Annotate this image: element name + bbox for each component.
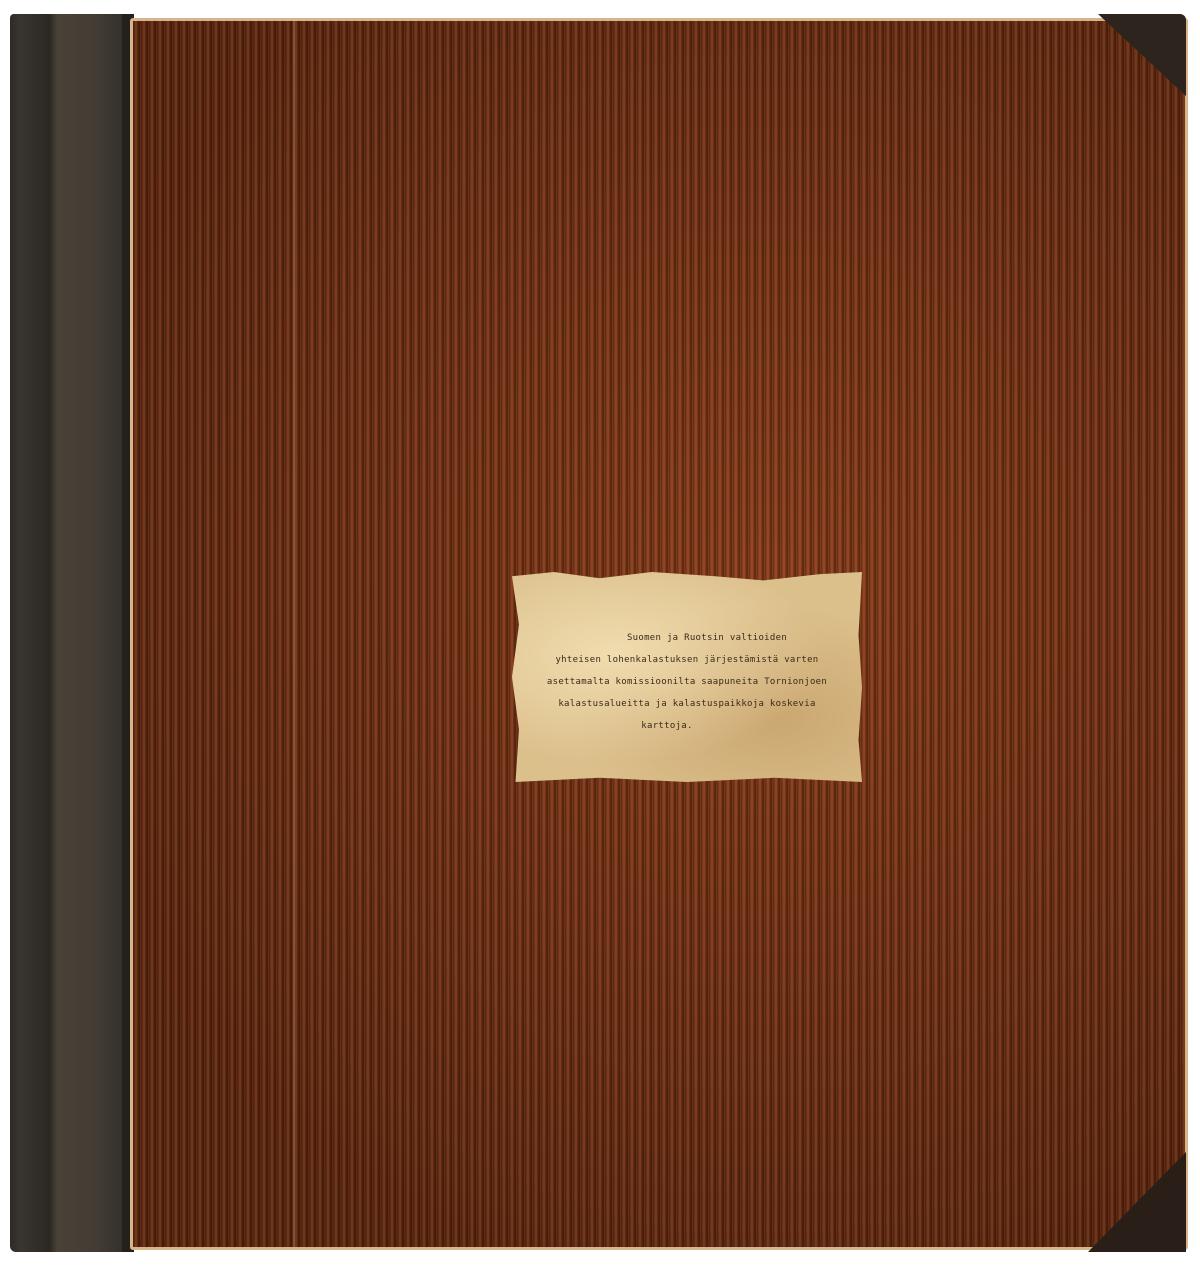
- label-line-1: Suomen ja Ruotsin valtioiden: [512, 627, 862, 649]
- label-line-5: karttoja.: [512, 715, 862, 737]
- label-line-2: yhteisen lohenkalastuksen järjestämistä …: [512, 649, 862, 671]
- cloth-spine: [10, 14, 134, 1252]
- label-line-3: asettamalta komissioonilta saapuneita To…: [512, 671, 862, 693]
- title-label: Suomen ja Ruotsin valtioiden yhteisen lo…: [512, 572, 862, 782]
- label-line-4: kalastusalueitta ja kalastuspaikkoja kos…: [512, 693, 862, 715]
